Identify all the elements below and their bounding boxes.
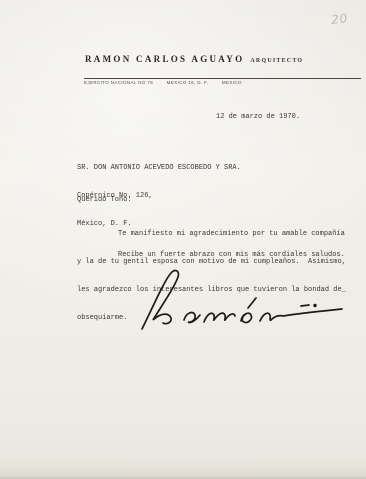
letterhead-name: RAMON CARLOS AGUAYO bbox=[85, 54, 244, 64]
letterhead-profession: ARQUITECTO bbox=[250, 58, 303, 64]
signature-ink-strokes bbox=[138, 268, 350, 334]
pencil-page-number: 20 bbox=[330, 11, 349, 27]
letter-date: 12 de marzo de 1970. bbox=[216, 113, 300, 122]
body-line: Te manifiesto mi agradecimiento por tu a… bbox=[77, 230, 346, 239]
letterhead-street: EJERCITO NACIONAL NO 76 bbox=[84, 81, 153, 86]
letterhead-address-line: EJERCITO NACIONAL NO 76MEXICO 16, D. F.M… bbox=[84, 81, 255, 86]
salutation: Querido Toño: bbox=[77, 196, 132, 205]
body-paragraph-2: Recibe un fuerte abrazo con mis más cord… bbox=[77, 251, 345, 260]
letterhead-rule bbox=[84, 78, 361, 79]
letterhead-country: MEXICO bbox=[222, 81, 242, 86]
recipient-line: SR. DON ANTONIO ACEVEDO ESCOBEDO Y SRA. bbox=[77, 164, 241, 173]
letterhead-city: MEXICO 16, D. F. bbox=[167, 81, 209, 86]
scanned-letter-page: { "annotation": { "pencil_number": "20" … bbox=[0, 0, 366, 479]
letterhead: RAMON CARLOS AGUAYOARQUITECTO bbox=[85, 49, 303, 67]
handwritten-signature: Ramón bbox=[138, 268, 350, 334]
